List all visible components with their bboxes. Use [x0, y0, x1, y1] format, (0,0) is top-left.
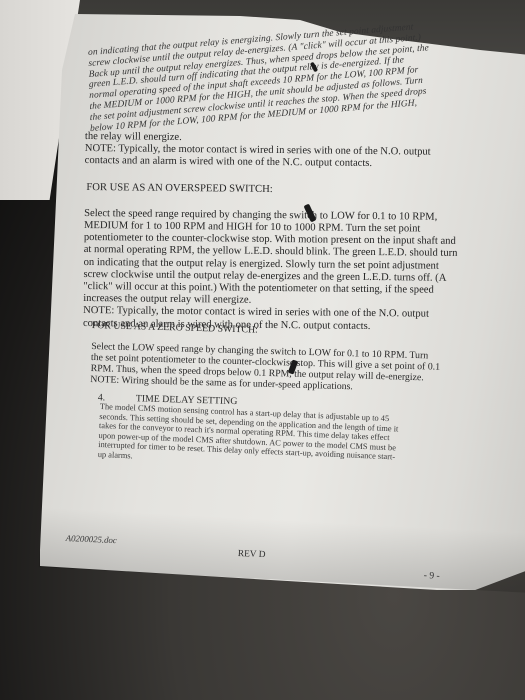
page-number: - 9 -	[424, 570, 440, 582]
zero-speed-section: FOR USE AS A ZERO SPEED SWITCH: Select t…	[90, 320, 512, 415]
overspeed-heading: FOR USE AS AN OVERSPEED SWITCH:	[86, 182, 514, 199]
revision-label: REV D	[238, 549, 266, 560]
main-text-block: the relay will energize. NOTE: Typically…	[83, 131, 515, 334]
